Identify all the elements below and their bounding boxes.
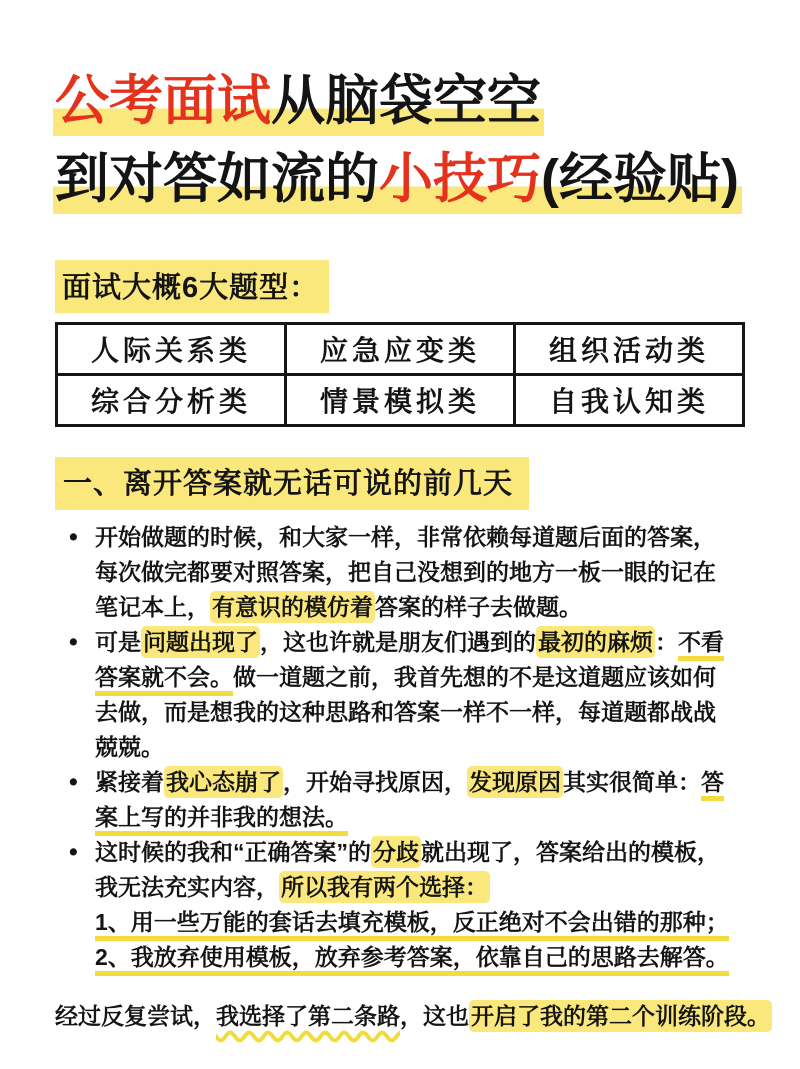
text: 可是 [95, 629, 141, 655]
list-item-numbered: 1、用一些万能的套话去填充模板，反正绝对不会出错的那种； [55, 905, 745, 940]
text: 答案的样子去做题。 [375, 594, 582, 620]
text: ，这也许就是朋友们遇到的 [260, 629, 536, 655]
page-title: 公考面试从脑袋空空 到对答如流的小技巧(经验贴) [55, 62, 745, 218]
text: 这时候的我和“正确答案”的 [95, 839, 371, 865]
marked-text: 我选择了第二条路 [216, 1003, 400, 1029]
table-cell: 综合分析类 [57, 375, 286, 426]
list-item-bullet: 紧接着我心态崩了，开始寻找原因，发现原因其实很简单：答案上写的并非我的想法。 [55, 765, 745, 835]
subtitle: 面试大概6大题型： [55, 260, 745, 313]
text: 其实很简单： [563, 769, 701, 795]
text: ，开始寻找原因， [283, 769, 467, 795]
marked-text: 分歧 [371, 836, 421, 868]
table-row: 人际关系类 应急应变类 组织活动类 [57, 324, 744, 375]
marked-text: 2、我放弃使用模板，放弃参考答案，依靠自己的思路去解答。 [95, 944, 729, 976]
text: 从脑袋空空 [271, 71, 541, 131]
text: 紧接着 [95, 769, 164, 795]
note-page: 公考面试从脑袋空空 到对答如流的小技巧(经验贴) 面试大概6大题型： 人际关系类… [0, 0, 800, 1069]
list-item-bullet: 这时候的我和“正确答案”的分歧就出现了，答案给出的模板，我无法充实内容，所以我有… [55, 835, 745, 905]
marked-text: 我心态崩了 [164, 766, 283, 798]
table-cell: 组织活动类 [515, 324, 744, 375]
marked-text: 发现原因 [467, 766, 563, 798]
list-item-bullet: 可是问题出现了，这也许就是朋友们遇到的最初的麻烦：不看答案就不会。做一道题之前，… [55, 625, 745, 765]
marked-text: 1、用一些万能的套话去填充模板，反正绝对不会出错的那种； [95, 909, 729, 941]
table-cell: 情景模拟类 [286, 375, 515, 426]
text: ： [655, 629, 678, 655]
marked-text: 公考面试 [55, 71, 271, 131]
table-cell: 应急应变类 [286, 324, 515, 375]
text: 经过反复尝试， [55, 1003, 216, 1029]
text: (经验贴) [541, 149, 739, 209]
title-line-1: 公考面试从脑袋空空 [55, 62, 745, 140]
list-item-bullet: 开始做题的时候，和大家一样，非常依赖每道题后面的答案，每次做完都要对照答案，把自… [55, 520, 745, 625]
marked-text: 小技巧 [379, 149, 541, 209]
section-heading: 一、离开答案就无话可说的前几天 [55, 457, 745, 510]
question-types-table: 人际关系类 应急应变类 组织活动类 综合分析类 情景模拟类 自我认知类 [55, 322, 745, 427]
marked-text: 开启了我的第二个训练阶段。 [469, 1000, 772, 1032]
conclusion-paragraph: 经过反复尝试，我选择了第二条路，这也开启了我的第二个训练阶段。 [55, 999, 745, 1034]
marked-text: 所以我有两个选择： [279, 871, 490, 903]
title-line-2: 到对答如流的小技巧(经验贴) [55, 140, 745, 218]
marked-text: 最初的麻烦 [536, 626, 655, 658]
table-cell: 人际关系类 [57, 324, 286, 375]
marked-text: 有意识的模仿着 [210, 591, 375, 623]
subtitle-highlight: 面试大概6大题型： [55, 260, 329, 313]
tips-list: 开始做题的时候，和大家一样，非常依赖每道题后面的答案，每次做完都要对照答案，把自… [55, 520, 745, 975]
text: 到对答如流的 [55, 149, 379, 209]
list-item-numbered: 2、我放弃使用模板，放弃参考答案，依靠自己的思路去解答。 [55, 940, 745, 975]
section-heading-highlight: 一、离开答案就无话可说的前几天 [55, 457, 529, 510]
table-row: 综合分析类 情景模拟类 自我认知类 [57, 375, 744, 426]
marked-text: 问题出现了 [141, 626, 260, 658]
table-cell: 自我认知类 [515, 375, 744, 426]
text: ，这也 [400, 1003, 469, 1029]
